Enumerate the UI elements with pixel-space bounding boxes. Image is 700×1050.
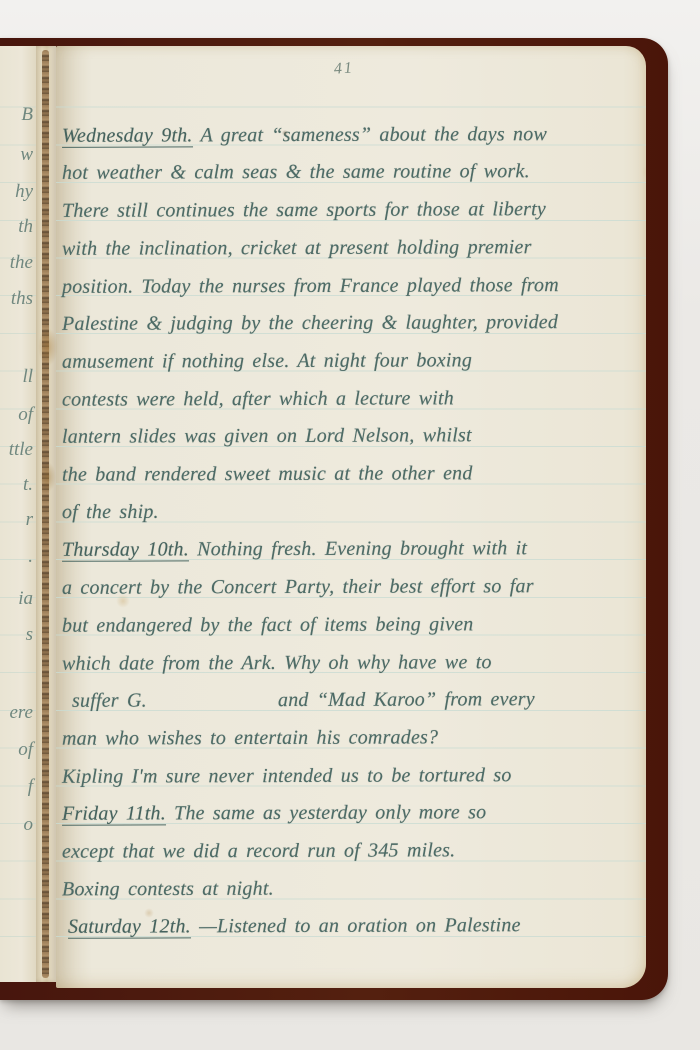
left-page-fragment: . (0, 546, 33, 568)
foxing-stain (144, 908, 154, 918)
left-page-fragment: s (0, 624, 33, 646)
entry-date-heading: Wednesday 9th. (62, 124, 193, 147)
left-page-fragment: of (0, 739, 33, 761)
left-page-fragment: ths (0, 288, 33, 310)
left-page-fragment: ll (0, 366, 33, 388)
entry-text: which date from the Ark. Why oh why have… (62, 651, 492, 674)
entry-text: but endangered by the fact of items bein… (62, 613, 474, 636)
manuscript-line: Friday 11th. The same as yesterday only … (62, 798, 486, 829)
manuscript-line: Kipling I'm sure never intended us to be… (62, 760, 512, 792)
manuscript-line: with the inclination, cricket at present… (62, 232, 532, 264)
manuscript-line: There still continues the same sports fo… (62, 194, 546, 226)
manuscript-line: of the ship. (62, 497, 159, 527)
left-page-fragment: th (0, 216, 33, 238)
entry-text: man who wishes to entertain his comrades… (62, 726, 438, 749)
manuscript-line: Wednesday 9th. A great “sameness” about … (62, 119, 547, 151)
left-page-fragment: f (0, 776, 33, 798)
entry-text: with the inclination, cricket at present… (62, 236, 532, 260)
manuscript-line: lantern slides was given on Lord Nelson,… (62, 421, 472, 452)
left-page-fragment: hy (0, 181, 33, 203)
left-page-fragment: ttle (0, 439, 33, 461)
manuscript-line: but endangered by the fact of items bein… (62, 609, 474, 640)
entry-text: The same as yesterday only more so (166, 802, 486, 825)
entry-text: except that we did a record run of 345 m… (62, 839, 455, 862)
entry-text: Kipling I'm sure never intended us to be… (62, 764, 512, 788)
entry-text: of the ship. (62, 501, 159, 523)
foxing-stain (386, 986, 606, 988)
manuscript-line: amusement if nothing else. At night four… (62, 345, 472, 376)
manuscript-line: hot weather & calm seas & the same routi… (62, 157, 530, 189)
notebook-page: 41 Wednesday 9th. A great “sameness” abo… (56, 46, 646, 988)
entry-text: amusement if nothing else. At night four… (62, 349, 472, 372)
manuscript-line: Boxing contests at night. (62, 873, 274, 904)
entry-date-heading: Saturday 12th. (68, 916, 191, 939)
manuscript-line: position. Today the nurses from France p… (62, 270, 559, 302)
entry-text: There still continues the same sports fo… (62, 198, 546, 222)
manuscript-line: suffer G. and “Mad Karoo” from every (72, 684, 535, 716)
entry-text: the band rendered sweet music at the oth… (62, 462, 473, 485)
manuscript-line: the band rendered sweet music at the oth… (62, 458, 473, 489)
left-page-fragment: ere (0, 702, 33, 724)
left-page-fragment: r (0, 509, 33, 531)
manuscript-line: which date from the Ark. Why oh why have… (62, 647, 492, 678)
entry-text: Nothing fresh. Evening brought with it (189, 538, 527, 561)
foxing-stain (116, 594, 130, 608)
entry-text: contests were held, after which a lectur… (62, 387, 454, 410)
binding-gutter (36, 46, 56, 982)
left-page-fragment: w (0, 144, 33, 166)
entry-text: a concert by the Concert Party, their be… (62, 575, 534, 599)
entry-text: suffer G. and “Mad Karoo” from every (72, 688, 535, 712)
left-page-fragment: B (0, 104, 33, 126)
left-page-fragment: ia (0, 588, 33, 610)
entry-date-heading: Friday 11th. (62, 803, 166, 826)
manuscript-line: man who wishes to entertain his comrades… (62, 722, 438, 753)
left-page-fragment: t. (0, 474, 33, 496)
entry-text: —Listened to an oration on Palestine (191, 915, 521, 938)
gutter-stain (40, 462, 56, 492)
binding-stitches (42, 50, 49, 978)
ink-speck (282, 130, 288, 136)
entry-text: lantern slides was given on Lord Nelson,… (62, 425, 472, 448)
manuscript-line: Palestine & judging by the cheering & la… (62, 307, 558, 339)
manuscript-line: except that we did a record run of 345 m… (62, 835, 455, 866)
manuscript-line: a concert by the Concert Party, their be… (62, 571, 534, 603)
left-page-fragment: o (0, 814, 33, 836)
previous-page-edge: Bwhyththethsllofttlet.r.iasereoffo (0, 46, 36, 982)
manuscript-line: Thursday 10th. Nothing fresh. Evening br… (62, 534, 527, 566)
entry-text: Palestine & judging by the cheering & la… (62, 311, 558, 335)
entry-text: position. Today the nurses from France p… (62, 274, 559, 298)
gutter-stain (38, 328, 58, 366)
left-page-fragment: of (0, 404, 33, 426)
entry-text: hot weather & calm seas & the same routi… (62, 161, 530, 185)
manuscript-line: contests were held, after which a lectur… (62, 383, 454, 414)
entry-date-heading: Thursday 10th. (62, 539, 189, 562)
manuscript-line: Saturday 12th. —Listened to an oration o… (68, 911, 521, 943)
entry-text: A great “sameness” about the days now (193, 123, 547, 146)
entry-text: Boxing contests at night. (62, 877, 274, 900)
left-page-fragment: the (0, 252, 33, 274)
scanned-photo: Bwhyththethsllofttlet.r.iasereoffo 41 We… (0, 0, 700, 1050)
